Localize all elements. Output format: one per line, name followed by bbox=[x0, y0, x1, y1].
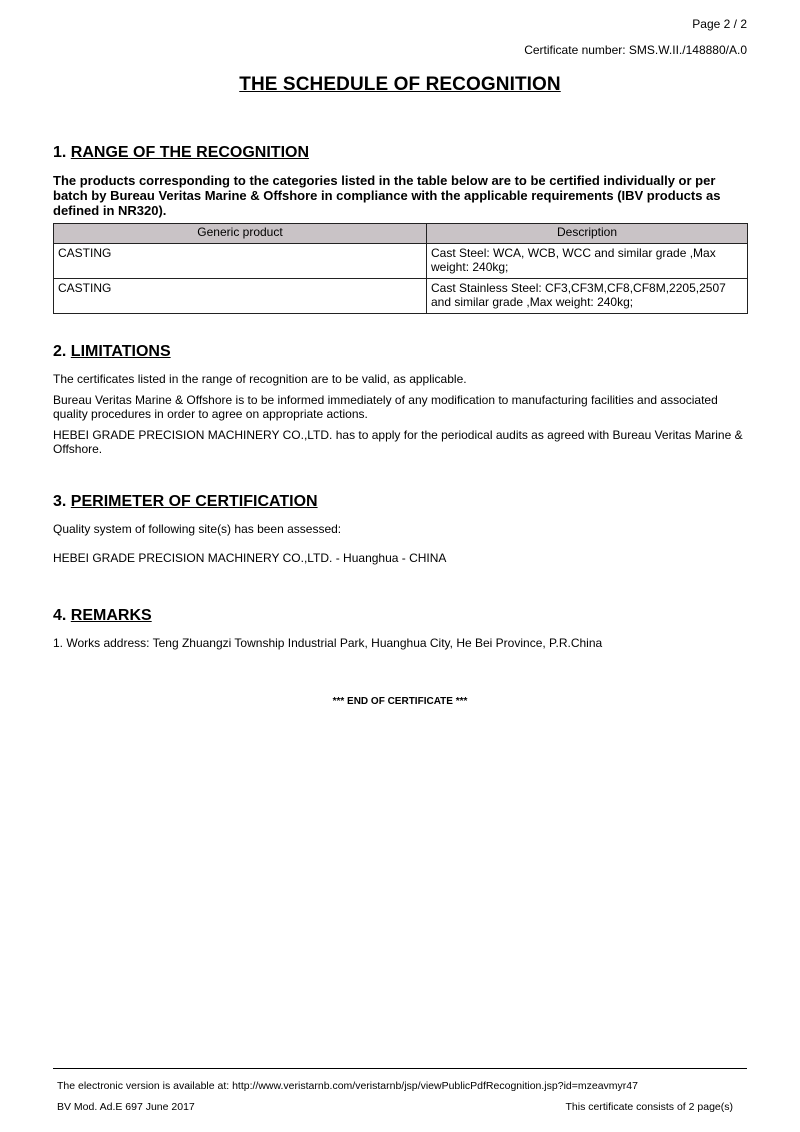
end-of-certificate: *** END OF CERTIFICATE *** bbox=[0, 696, 800, 707]
limitations-paragraph: HEBEI GRADE PRECISION MACHINERY CO.,LTD.… bbox=[53, 428, 747, 456]
section-number: 3. bbox=[53, 493, 66, 510]
form-reference: BV Mod. Ad.E 697 June 2017 bbox=[57, 1101, 195, 1113]
page-count: This certificate consists of 2 page(s) bbox=[566, 1101, 733, 1113]
electronic-version-link[interactable]: The electronic version is available at: … bbox=[57, 1080, 638, 1092]
page-number: Page 2 / 2 bbox=[692, 17, 747, 31]
table-header-row: Generic product Description bbox=[54, 224, 748, 244]
footer-divider bbox=[53, 1068, 747, 1069]
cell-generic-product: CASTING bbox=[54, 244, 427, 279]
cell-description: Cast Steel: WCA, WCB, WCC and similar gr… bbox=[427, 244, 748, 279]
page-title: THE SCHEDULE OF RECOGNITION bbox=[0, 74, 800, 96]
perimeter-paragraph: Quality system of following site(s) has … bbox=[53, 522, 747, 536]
cell-description: Cast Stainless Steel: CF3,CF3M,CF8,CF8M,… bbox=[427, 279, 748, 314]
column-header-description: Description bbox=[427, 224, 748, 244]
section-heading-limitations: 2. LIMITATIONS bbox=[53, 343, 171, 361]
perimeter-site: HEBEI GRADE PRECISION MACHINERY CO.,LTD.… bbox=[53, 551, 747, 565]
limitations-paragraph: Bureau Veritas Marine & Offshore is to b… bbox=[53, 393, 747, 421]
section-heading-remarks: 4. REMARKS bbox=[53, 607, 152, 625]
remark-item: 1. Works address: Teng Zhuangzi Township… bbox=[53, 636, 747, 650]
table-row: CASTING Cast Stainless Steel: CF3,CF3M,C… bbox=[54, 279, 748, 314]
section-number: 2. bbox=[53, 343, 66, 360]
range-intro: The products corresponding to the catego… bbox=[53, 173, 747, 218]
section-number: 1. bbox=[53, 144, 66, 161]
cell-generic-product: CASTING bbox=[54, 279, 427, 314]
section-heading-range: 1. RANGE OF THE RECOGNITION bbox=[53, 144, 309, 162]
section-title: RANGE OF THE RECOGNITION bbox=[71, 144, 309, 161]
limitations-paragraph: The certificates listed in the range of … bbox=[53, 372, 747, 386]
section-title: LIMITATIONS bbox=[71, 343, 171, 360]
section-heading-perimeter: 3. PERIMETER OF CERTIFICATION bbox=[53, 493, 318, 511]
column-header-generic-product: Generic product bbox=[54, 224, 427, 244]
table-row: CASTING Cast Steel: WCA, WCB, WCC and si… bbox=[54, 244, 748, 279]
section-number: 4. bbox=[53, 607, 66, 624]
section-title: PERIMETER OF CERTIFICATION bbox=[71, 493, 318, 510]
recognition-table: Generic product Description CASTING Cast… bbox=[53, 223, 748, 314]
certificate-number: Certificate number: SMS.W.II./148880/A.0 bbox=[524, 43, 747, 57]
section-title: REMARKS bbox=[71, 607, 152, 624]
